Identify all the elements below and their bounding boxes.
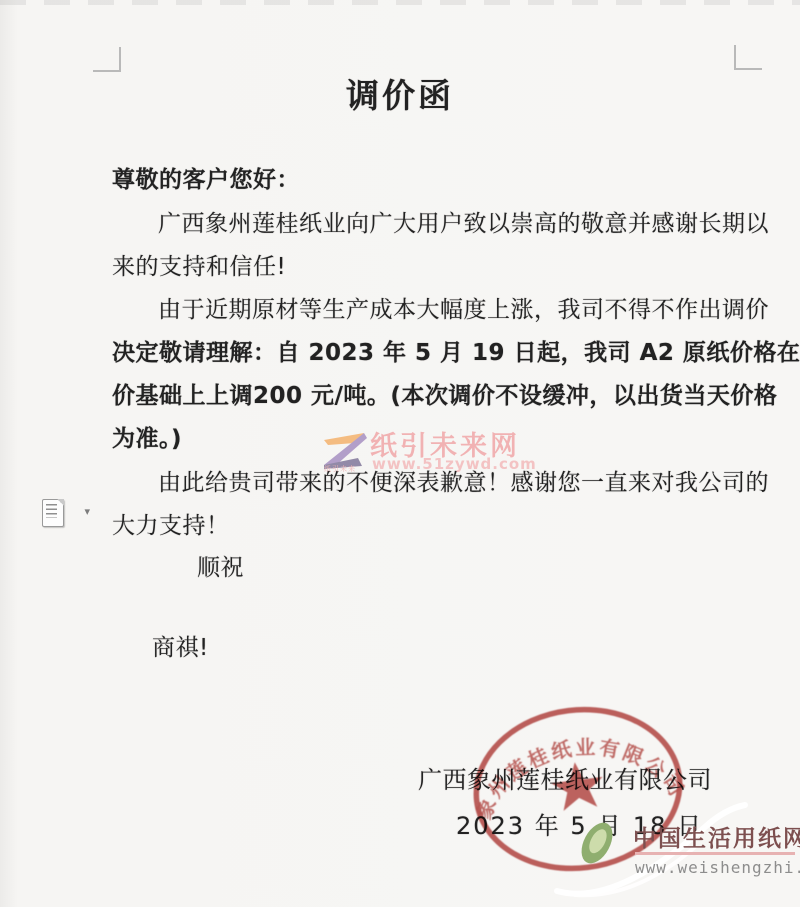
letter-line: 广西象州莲桂纸业向广大用户致以崇高的敬意并感谢长期以 <box>158 205 769 238</box>
signature-company: 广西象州莲桂纸业有限公司 <box>418 760 712 795</box>
scanned-letter-page: 调价函 尊敬的客户您好： 广西象州莲桂纸业向广大用户致以崇高的敬意并感谢长期以 … <box>0 0 800 907</box>
margin-crop-mark-top-right <box>734 45 762 70</box>
letter-greeting: 尊敬的客户您好： <box>112 161 300 194</box>
paste-options-button[interactable]: ▾ <box>36 497 92 531</box>
letter-closing-shangqi: 商祺! <box>152 629 209 662</box>
letter-line: 为准。) <box>112 420 182 453</box>
letter-closing-shunzhu: 顺祝 <box>197 549 244 582</box>
letter-line: 由于近期原材等生产成本大幅度上涨，我司不得不作出调价 <box>158 291 769 324</box>
clipboard-paste-icon <box>42 499 64 527</box>
chevron-down-icon: ▾ <box>84 505 90 518</box>
letter-line: 价基础上上调200 元/吨。(本次调价不设缓冲，以出货当天价格 <box>112 377 777 410</box>
watermark-site-name: 纸引未来网 <box>370 424 520 463</box>
signature-date: 2023 年 5 月 18 日 <box>456 806 703 841</box>
letter-line: 决定敬请理解：自 2023 年 5 月 19 日起，我司 A2 原纸价格在原 <box>112 334 800 367</box>
corner-watermark-site-url: www.weishengzhi.cn <box>635 858 800 877</box>
scan-edge-artifact <box>0 0 800 5</box>
letter-line: 大力支持！ <box>112 507 230 540</box>
letter-line: 来的支持和信任! <box>112 248 286 281</box>
corner-watermark-divider <box>635 852 795 855</box>
letter-line: 由此给贵司带来的不便深表歉意！感谢您一直来对我公司的 <box>158 464 769 497</box>
page-title: 调价函 <box>0 70 800 117</box>
margin-crop-mark-top-left <box>93 47 121 72</box>
